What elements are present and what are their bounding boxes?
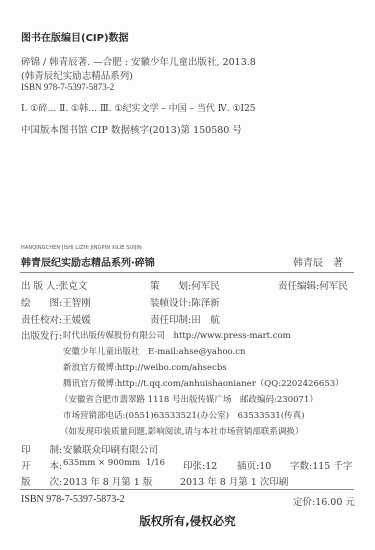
cip-heading: 图书在版编目(CIP)数据 (21, 29, 129, 44)
author-credit: 韩青辰 著 (293, 254, 343, 269)
fold-value: 1/16 (146, 458, 165, 468)
series-title: 韩青辰纪实励志精品系列·碎锦 (21, 254, 155, 269)
cip-series-line: (韩青辰纪实励志精品系列) (21, 68, 133, 82)
price-label: 定价:16.00 元 (293, 494, 355, 508)
edition-value: 2013 年 8 月第 1 版 (63, 474, 152, 488)
publishing-line-7: （如发现印装质量问题,影响阅读,请与本社市场营销部联系调换） (60, 425, 303, 437)
publishing-line-3: 新浪官方微博:http://weibo.com/ahsecbs (63, 361, 227, 373)
credit-publisher-person: 出 版 人:张克文 (21, 278, 87, 292)
sheets-value: 印张:12 (183, 458, 217, 472)
series-pinyin: HANQINGCHEN JISHI LIZHI JINGPIN XILIE SU… (21, 245, 142, 251)
cip-isbn-line: ISBN 978-7-5397-5873-2 (21, 82, 114, 92)
words-value: 字数:115 千字 (290, 458, 352, 472)
copyright-notice: 版权所有,侵权必究 (0, 513, 375, 529)
credit-illustrator: 绘 图:王智刚 (21, 295, 91, 309)
printing-value: 2013 年 8 月第 1 次印刷 (180, 474, 288, 488)
printer-value: 安徽联众印刷有限公司 (63, 442, 158, 456)
credit-print-manager: 责任印制:田 航 (150, 312, 220, 326)
publishing-label: 出版发行: (21, 328, 62, 342)
printer-label: 印 制: (21, 442, 62, 456)
publishing-line-1: 时代出版传媒股份有限公司 http://www.press-mart.com (63, 329, 291, 341)
credit-editor: 责任编辑:何军民 (278, 278, 348, 292)
cip-classification-line: Ⅰ. ①碎… Ⅱ. ①韩… Ⅲ. ①纪实文学 – 中国 – 当代 Ⅳ. ①I25 (21, 101, 256, 114)
credit-binding-design: 装帧设计:陈泽新 (150, 295, 220, 309)
cip-verification-line: 中国版本图书馆 CIP 数据核字(2013)第 150580 号 (21, 122, 242, 136)
title-divider (20, 272, 354, 273)
plates-value: 插页:10 (237, 458, 271, 472)
cip-title-line: 碎锦 / 韩青辰著. —合肥 : 安徽少年儿童出版社, 2013.8 (21, 54, 256, 68)
format-label: 开 本: (21, 458, 62, 472)
publishing-line-2: 安徽少年儿童出版社 E-mail:ahse@yahoo.cn (63, 345, 245, 357)
publishing-line-4: 腾讯官方微博:http://t.qq.com/anhuishaonianer（Q… (63, 377, 344, 389)
format-value: 635mm × 900mm (63, 458, 140, 468)
credit-planner: 策 划:何军民 (150, 278, 220, 292)
publishing-line-5: （安徽省合肥市翡翠路 1118 号出版传媒广场 邮政编码:230071） (60, 393, 318, 405)
credit-proofreader: 责任校对:王媛媛 (21, 312, 91, 326)
publishing-line-6: 市场营销部电话:(0551)63533521(办公室) 63533531(传真) (63, 409, 304, 421)
edition-label: 版 次: (21, 474, 62, 488)
isbn-footer: ISBN 978-7-5397-5873-2 (21, 494, 125, 505)
footer-divider (20, 489, 354, 490)
